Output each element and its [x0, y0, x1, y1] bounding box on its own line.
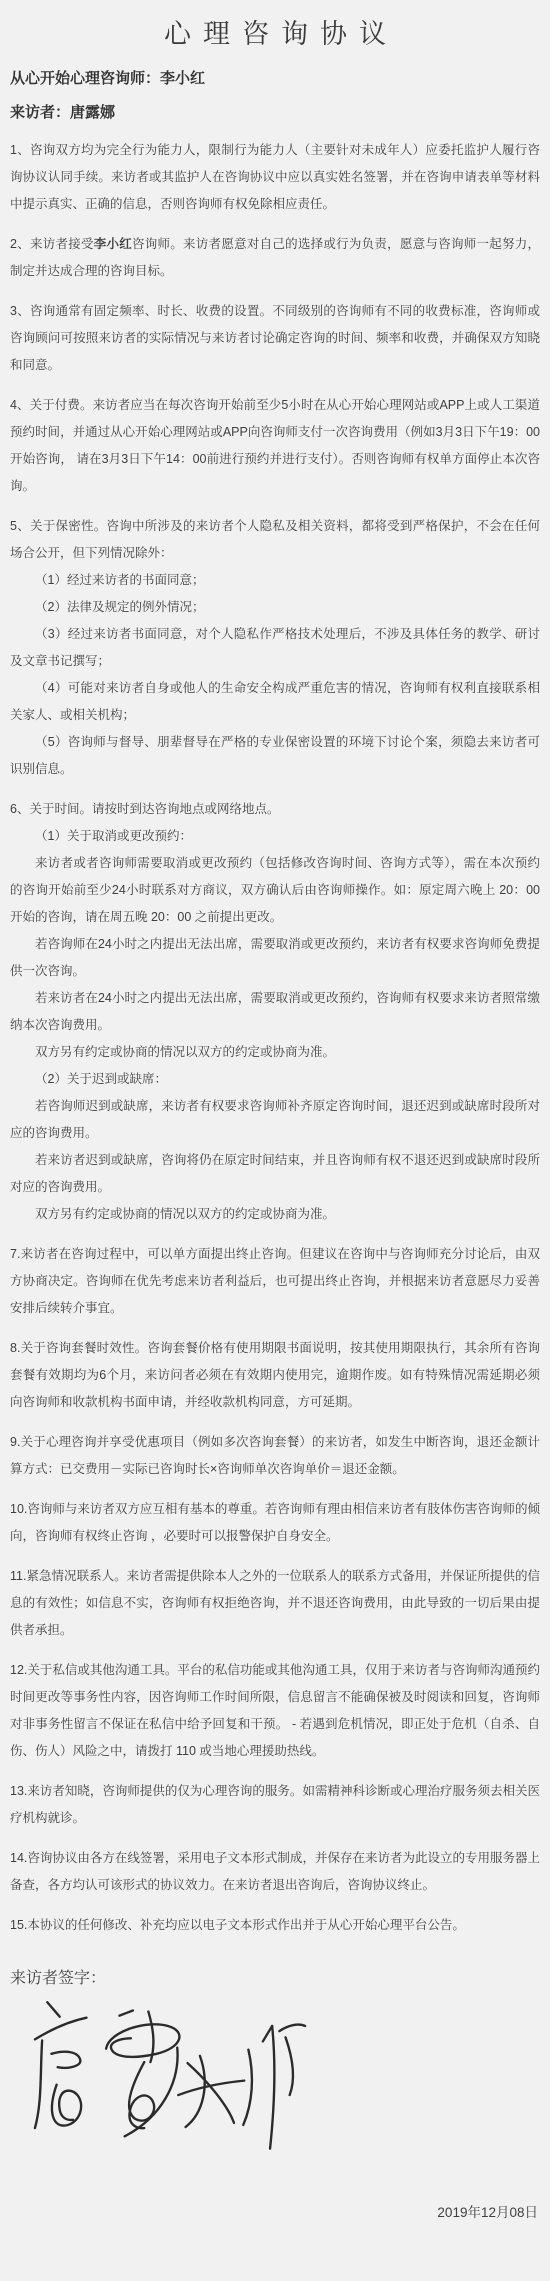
clause-5-item-4: （4）可能对来访者自身或他人的生命安全构成严重危害的情况，咨询师有权利直接联系相… — [10, 675, 540, 729]
clause-6-item-2: （2）关于迟到或缺席： — [10, 1066, 540, 1093]
signature-date: 2019年12月08日 — [10, 2201, 538, 2221]
clause-2: 2、来访者接受李小红咨询师。来访者愿意对自己的选择或行为负责，愿意与咨询师一起努… — [10, 231, 540, 285]
clause-6-item-2-para-1: 若咨询师迟到或缺席，来访者有权要求咨询师补齐原定咨询时间，退还迟到或缺席时段所对… — [10, 1093, 540, 1147]
clause-7: 7.来访者在咨询过程中，可以单方面提出终止咨询。但建议在咨询中与咨询师充分讨论后… — [10, 1241, 540, 1322]
clause-10: 10.咨询师与来访者双方应互相有基本的尊重。若咨询师有理由相信来访者有肢体伤害咨… — [10, 1496, 540, 1550]
clause-6-item-2-para-3: 双方另有约定或协商的情况以双方的约定或协商为准。 — [10, 1201, 540, 1228]
clause-6-item-1-para-3: 若来访者在24小时之内提出无法出席，需要取消或更改预约，咨询师有权要求来访者照常… — [10, 985, 540, 1039]
clause-5-item-2: （2）法律及规定的例外情况； — [10, 594, 540, 621]
clause-5: 5、关于保密性。咨询中所涉及的来访者个人隐私及相关资料，都将受到严格保护，不会在… — [10, 513, 540, 567]
clause-2-prefix: 2、来访者接受 — [10, 237, 94, 251]
visitor-line: 来访者：唐露娜 — [10, 103, 540, 123]
clause-5-item-5: （5）咨询师与督导、朋辈督导在严格的专业保密设置的环境下讨论个案，须隐去来访者可… — [10, 729, 540, 783]
clause-5-item-1: （1）经过来访者的书面同意； — [10, 567, 540, 594]
clause-1: 1、咨询双方均为完全行为能力人，限制行为能力人（主要针对未成年人）应委托监护人履… — [10, 137, 540, 218]
clause-11: 11.紧急情况联系人。来访者需提供除本人之外的一位联系人的联系方式备用，并保证所… — [10, 1563, 540, 1644]
clause-6-item-1-para-1: 来访者或者咨询师需要取消或更改预约（包括修改咨询时间、咨询方式等），需在本次预约… — [10, 850, 540, 931]
clause-6-item-1: （1）关于取消或更改预约： — [10, 823, 540, 850]
counselor-line: 从心开始心理咨询师：李小红 — [10, 69, 540, 89]
clause-8: 8.关于咨询套餐时效性。咨询套餐价格有使用期限书面说明，按其使用期限执行，其余所… — [10, 1335, 540, 1416]
clause-5-item-3: （3）经过来访者书面同意，对个人隐私作严格技术处理后，不涉及具体任务的教学、研讨… — [10, 621, 540, 675]
visitor-signature-label: 来访者签字： — [10, 1965, 540, 1988]
clause-9: 9.关于心理咨询并享受优惠项目（例如多次咨询套餐）的来访者，如发生中断咨询，退还… — [10, 1429, 540, 1483]
signature-ink — [24, 1994, 314, 2159]
clause-3: 3、咨询通常有固定频率、时长、收费的设置。不同级别的咨询师有不同的收费标准，咨询… — [10, 298, 540, 379]
visitor-signature — [24, 1994, 314, 2159]
clause-14: 14.咨询协议由各方在线签署，采用电子文本形式制成，并保存在来访者为此设立的专用… — [10, 1845, 540, 1899]
clause-15: 15.本协议的任何修改、补充均应以电子文本形式作出并于从心开始心理平台公告。 — [10, 1912, 540, 1939]
clause-6-item-1-para-4: 双方另有约定或协商的情况以双方的约定或协商为准。 — [10, 1039, 540, 1066]
clause-4: 4、关于付费。来访者应当在每次咨询开始前至少5小时在从心开始心理网站或APP上或… — [10, 392, 540, 500]
clause-6-item-1-para-2: 若咨询师在24小时之内提出无法出席，需要取消或更改预约，来访者有权要求咨询师免费… — [10, 931, 540, 985]
clause-13: 13.来访者知晓，咨询师提供的仅为心理咨询的服务。如需精神科诊断或心理治疗服务须… — [10, 1778, 540, 1832]
clause-6-item-2-para-2: 若来访者迟到或缺席，咨询将仍在原定时间结束，并且咨询师有权不退还迟到或缺席时段所… — [10, 1147, 540, 1201]
counselor-name: 李小红 — [94, 237, 132, 251]
agreement-document: 心理咨询协议 从心开始心理咨询师：李小红 来访者：唐露娜 1、咨询双方均为完全行… — [0, 0, 550, 2281]
clause-6: 6、关于时间。请按时到达咨询地点或网络地点。 — [10, 796, 540, 823]
clause-12: 12.关于私信或其他沟通工具。平台的私信功能或其他沟通工具，仅用于来访者与咨询师… — [10, 1657, 540, 1765]
page-title: 心理咨询协议 — [10, 12, 540, 51]
